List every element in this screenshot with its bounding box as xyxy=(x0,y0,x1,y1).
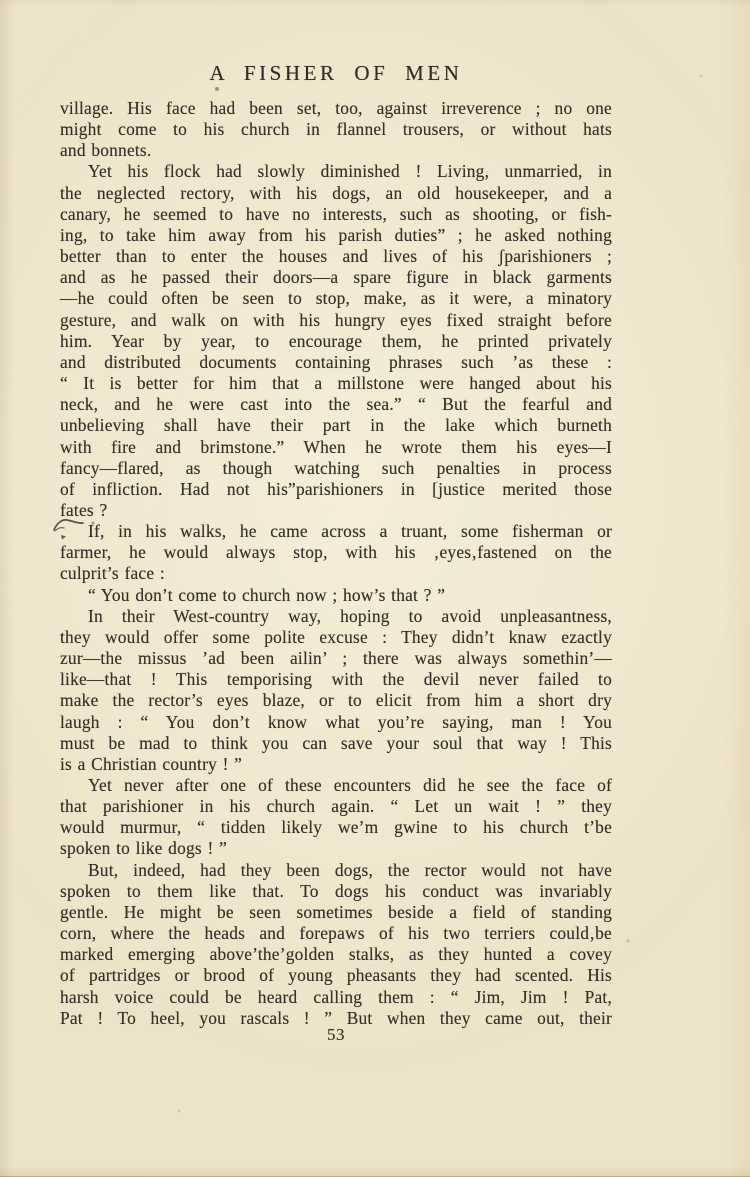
text-line: Yet his flock had slowly diminished ! Li… xyxy=(60,161,612,182)
text-line: culprit’s face : xyxy=(60,563,612,584)
page-number: 53 xyxy=(60,1025,612,1045)
text-line: like—that ! This temporising with the de… xyxy=(60,669,612,690)
text-line: fates ? xyxy=(60,500,612,521)
text-line: him. Year by year, to encourage them, he… xyxy=(60,331,612,352)
text-line: village. His face had been set, too, aga… xyxy=(60,98,612,119)
text-line: gesture, and walk on with his hungry eye… xyxy=(60,310,612,331)
text-line: with fire and brimstone.” When he wrote … xyxy=(60,437,612,458)
text-line: spoken to them like that. To dogs his co… xyxy=(60,881,612,902)
text-line: the neglected rectory, with his dogs, an… xyxy=(60,183,612,204)
text-line: unbelieving shall have their part in the… xyxy=(60,415,612,436)
text-line: “ It is better for him that a millstone … xyxy=(60,373,612,394)
body-text: village. His face had been set, too, aga… xyxy=(60,98,612,1029)
text-line: spoken to like dogs ! ” xyxy=(60,838,612,859)
text-line: farmer, he would always stop, with his ‚… xyxy=(60,542,612,563)
text-line: and as he passed their doors—a spare fig… xyxy=(60,267,612,288)
text-line: If, in his walks, he came across a truan… xyxy=(60,521,612,542)
text-line: of infliction. Had not his”parishioners … xyxy=(60,479,612,500)
text-line: would murmur, “ tidden likely we’m gwine… xyxy=(60,817,612,838)
text-line: they would offer some polite excuse : Th… xyxy=(60,627,612,648)
text-line: and distributed documents containing phr… xyxy=(60,352,612,373)
book-page: A FISHER OF MEN village. His face had be… xyxy=(0,0,750,1177)
text-line: might come to his church in flannel trou… xyxy=(60,119,612,140)
text-line: In their West-country way, hoping to avo… xyxy=(60,606,612,627)
text-line: canary, he seemed to have no interests, … xyxy=(60,204,612,225)
text-line: must be mad to think you can save your s… xyxy=(60,733,612,754)
text-line: But, indeed, had they been dogs, the rec… xyxy=(60,860,612,881)
text-line: marked emerging above’the’golden stalks,… xyxy=(60,944,612,965)
text-line: better than to enter the houses and live… xyxy=(60,246,612,267)
text-line: of partridges or brood of young pheasant… xyxy=(60,965,612,986)
text-line: laugh : “ You don’t know what you’re say… xyxy=(60,712,612,733)
text-line: —he could often be seen to stop, make, a… xyxy=(60,288,612,309)
pen-mark-annotation xyxy=(52,515,90,541)
text-line: that parishioner in his church again. “ … xyxy=(60,796,612,817)
text-line: Yet never after one of these encounters … xyxy=(60,775,612,796)
text-line: corn, where the heads and forepaws of hi… xyxy=(60,923,612,944)
paper-specks xyxy=(0,0,2,2)
page-title: A FISHER OF MEN xyxy=(60,61,612,86)
text-line: and bonnets. xyxy=(60,140,612,161)
text-line: fancy—flared, as though watching such pe… xyxy=(60,458,612,479)
text-line: neck, and he were cast into the sea.” “ … xyxy=(60,394,612,415)
text-line: “ You don’t come to church now ; how’s t… xyxy=(60,585,612,606)
text-line: make the rector’s eyes blaze, or to elic… xyxy=(60,690,612,711)
text-line: is a Christian country ! ” xyxy=(60,754,612,775)
text-line: zur—the missus ’ad been ailin’ ; there w… xyxy=(60,648,612,669)
text-line: harsh voice could be heard calling them … xyxy=(60,987,612,1008)
text-line: ing, to take him away from his parish du… xyxy=(60,225,612,246)
text-line: gentle. He might be seen sometimes besid… xyxy=(60,902,612,923)
